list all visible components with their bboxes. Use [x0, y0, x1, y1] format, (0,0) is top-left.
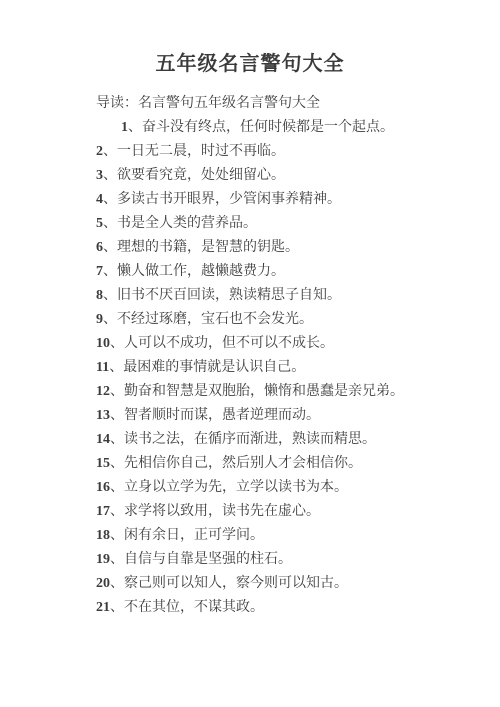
- quote-number: 5: [96, 216, 103, 231]
- quote-item: 19、自信与自靠是坚强的柱石。: [96, 548, 450, 572]
- quote-separator: 、: [103, 312, 117, 327]
- quote-separator: 、: [110, 528, 124, 543]
- quote-text: 旧书不厌百回读，熟读精思子自知。: [117, 288, 341, 303]
- quote-item: 20、察己则可以知人，察今则可以知古。: [96, 572, 450, 596]
- page-title: 五年级名言警句大全: [0, 50, 500, 78]
- quote-text: 奋斗没有终点，任何时候都是一个起点。: [142, 120, 394, 135]
- intro-line: 导读：名言警句五年级名言警句大全: [96, 92, 450, 116]
- quote-separator: 、: [103, 264, 117, 279]
- document-page: 五年级名言警句大全 导读：名言警句五年级名言警句大全 1、奋斗没有终点，任何时候…: [0, 0, 500, 707]
- quote-separator: 、: [110, 552, 124, 567]
- quote-item: 8、旧书不厌百回读，熟读精思子自知。: [96, 284, 450, 308]
- quote-text: 求学将以致用，读书先在虚心。: [124, 504, 320, 519]
- quote-separator: 、: [110, 456, 124, 471]
- quote-item: 7、懒人做工作，越懒越费力。: [96, 260, 450, 284]
- quote-text: 自信与自靠是坚强的柱石。: [124, 552, 292, 567]
- quote-number: 13: [96, 408, 110, 423]
- quote-item: 2、一日无二晨，时过不再临。: [96, 140, 450, 164]
- quote-item: 12、勤奋和智慧是双胞胎，懒惰和愚蠢是亲兄弟。: [96, 380, 450, 404]
- quote-separator: 、: [110, 504, 124, 519]
- quote-text: 人可以不成功，但不可以不成长。: [124, 336, 334, 351]
- quote-item: 21、不在其位，不谋其政。: [96, 596, 450, 620]
- quote-item: 11、最困难的事情就是认识自己。: [96, 356, 450, 380]
- quote-separator: 、: [128, 120, 142, 135]
- quote-number: 11: [96, 360, 109, 375]
- quote-separator: 、: [110, 408, 124, 423]
- quote-number: 18: [96, 528, 110, 543]
- quote-item: 6、理想的书籍，是智慧的钥匙。: [96, 236, 450, 260]
- quote-separator: 、: [110, 480, 124, 495]
- quote-number: 6: [96, 240, 103, 255]
- quote-separator: 、: [103, 168, 117, 183]
- quote-separator: 、: [110, 600, 124, 615]
- quote-number: 2: [96, 144, 103, 159]
- quote-item: 9、不经过琢磨，宝石也不会发光。: [96, 308, 450, 332]
- quote-separator: 、: [110, 384, 124, 399]
- quote-text: 多读古书开眼界，少管闲事养精神。: [117, 192, 341, 207]
- quote-item: 13、智者顺时而谋，愚者逆理而动。: [96, 404, 450, 428]
- quote-separator: 、: [103, 144, 117, 159]
- quote-text: 不在其位，不谋其政。: [124, 600, 264, 615]
- quote-text: 一日无二晨，时过不再临。: [117, 144, 285, 159]
- quote-text: 理想的书籍，是智慧的钥匙。: [117, 240, 299, 255]
- quote-number: 12: [96, 384, 110, 399]
- quote-separator: 、: [103, 240, 117, 255]
- quote-number: 21: [96, 600, 110, 615]
- quote-text: 懒人做工作，越懒越费力。: [117, 264, 285, 279]
- quote-number: 4: [96, 192, 103, 207]
- quote-item: 14、读书之法，在循序而渐进，熟读而精思。: [96, 428, 450, 452]
- quote-separator: 、: [110, 576, 124, 591]
- quote-text: 不经过琢磨，宝石也不会发光。: [117, 312, 313, 327]
- quote-item: 16、立身以立学为先，立学以读书为本。: [96, 476, 450, 500]
- quote-item: 4、多读古书开眼界，少管闲事养精神。: [96, 188, 450, 212]
- quote-text: 察己则可以知人，察今则可以知古。: [124, 576, 348, 591]
- quote-number: 7: [96, 264, 103, 279]
- quote-separator: 、: [103, 288, 117, 303]
- quote-number: 14: [96, 432, 110, 447]
- quote-item: 18、闲有余日，正可学问。: [96, 524, 450, 548]
- quote-item: 15、先相信你自己，然后别人才会相信你。: [96, 452, 450, 476]
- quote-item: 5、书是全人类的营养品。: [96, 212, 450, 236]
- document-body: 导读：名言警句五年级名言警句大全 1、奋斗没有终点，任何时候都是一个起点。 2、…: [96, 92, 450, 620]
- quote-text: 欲要看究竟，处处细留心。: [117, 168, 285, 183]
- quote-separator: 、: [110, 432, 124, 447]
- quote-separator: 、: [103, 216, 117, 231]
- quote-number: 19: [96, 552, 110, 567]
- quote-number: 9: [96, 312, 103, 327]
- quote-text: 智者顺时而谋，愚者逆理而动。: [124, 408, 320, 423]
- quote-separator: 、: [109, 360, 123, 375]
- quote-number: 3: [96, 168, 103, 183]
- quote-separator: 、: [110, 336, 124, 351]
- quote-item: 10、人可以不成功，但不可以不成长。: [96, 332, 450, 356]
- quote-text: 读书之法，在循序而渐进，熟读而精思。: [124, 432, 376, 447]
- quote-number: 16: [96, 480, 110, 495]
- quote-text: 闲有余日，正可学问。: [124, 528, 264, 543]
- quote-number: 1: [121, 120, 128, 135]
- quote-text: 书是全人类的营养品。: [117, 216, 257, 231]
- quote-number: 8: [96, 288, 103, 303]
- quote-separator: 、: [103, 192, 117, 207]
- quote-number: 20: [96, 576, 110, 591]
- quote-text: 勤奋和智慧是双胞胎，懒惰和愚蠢是亲兄弟。: [124, 384, 404, 399]
- quote-number: 15: [96, 456, 110, 471]
- quote-number: 10: [96, 336, 110, 351]
- quote-item: 17、求学将以致用，读书先在虚心。: [96, 500, 450, 524]
- quote-list: 1、奋斗没有终点，任何时候都是一个起点。 2、一日无二晨，时过不再临。 3、欲要…: [96, 116, 450, 620]
- quote-item: 3、欲要看究竟，处处细留心。: [96, 164, 450, 188]
- quote-text: 立身以立学为先，立学以读书为本。: [124, 480, 348, 495]
- quote-number: 17: [96, 504, 110, 519]
- quote-text: 先相信你自己，然后别人才会相信你。: [124, 456, 362, 471]
- quote-item: 1、奋斗没有终点，任何时候都是一个起点。: [96, 116, 450, 140]
- quote-text: 最困难的事情就是认识自己。: [123, 360, 305, 375]
